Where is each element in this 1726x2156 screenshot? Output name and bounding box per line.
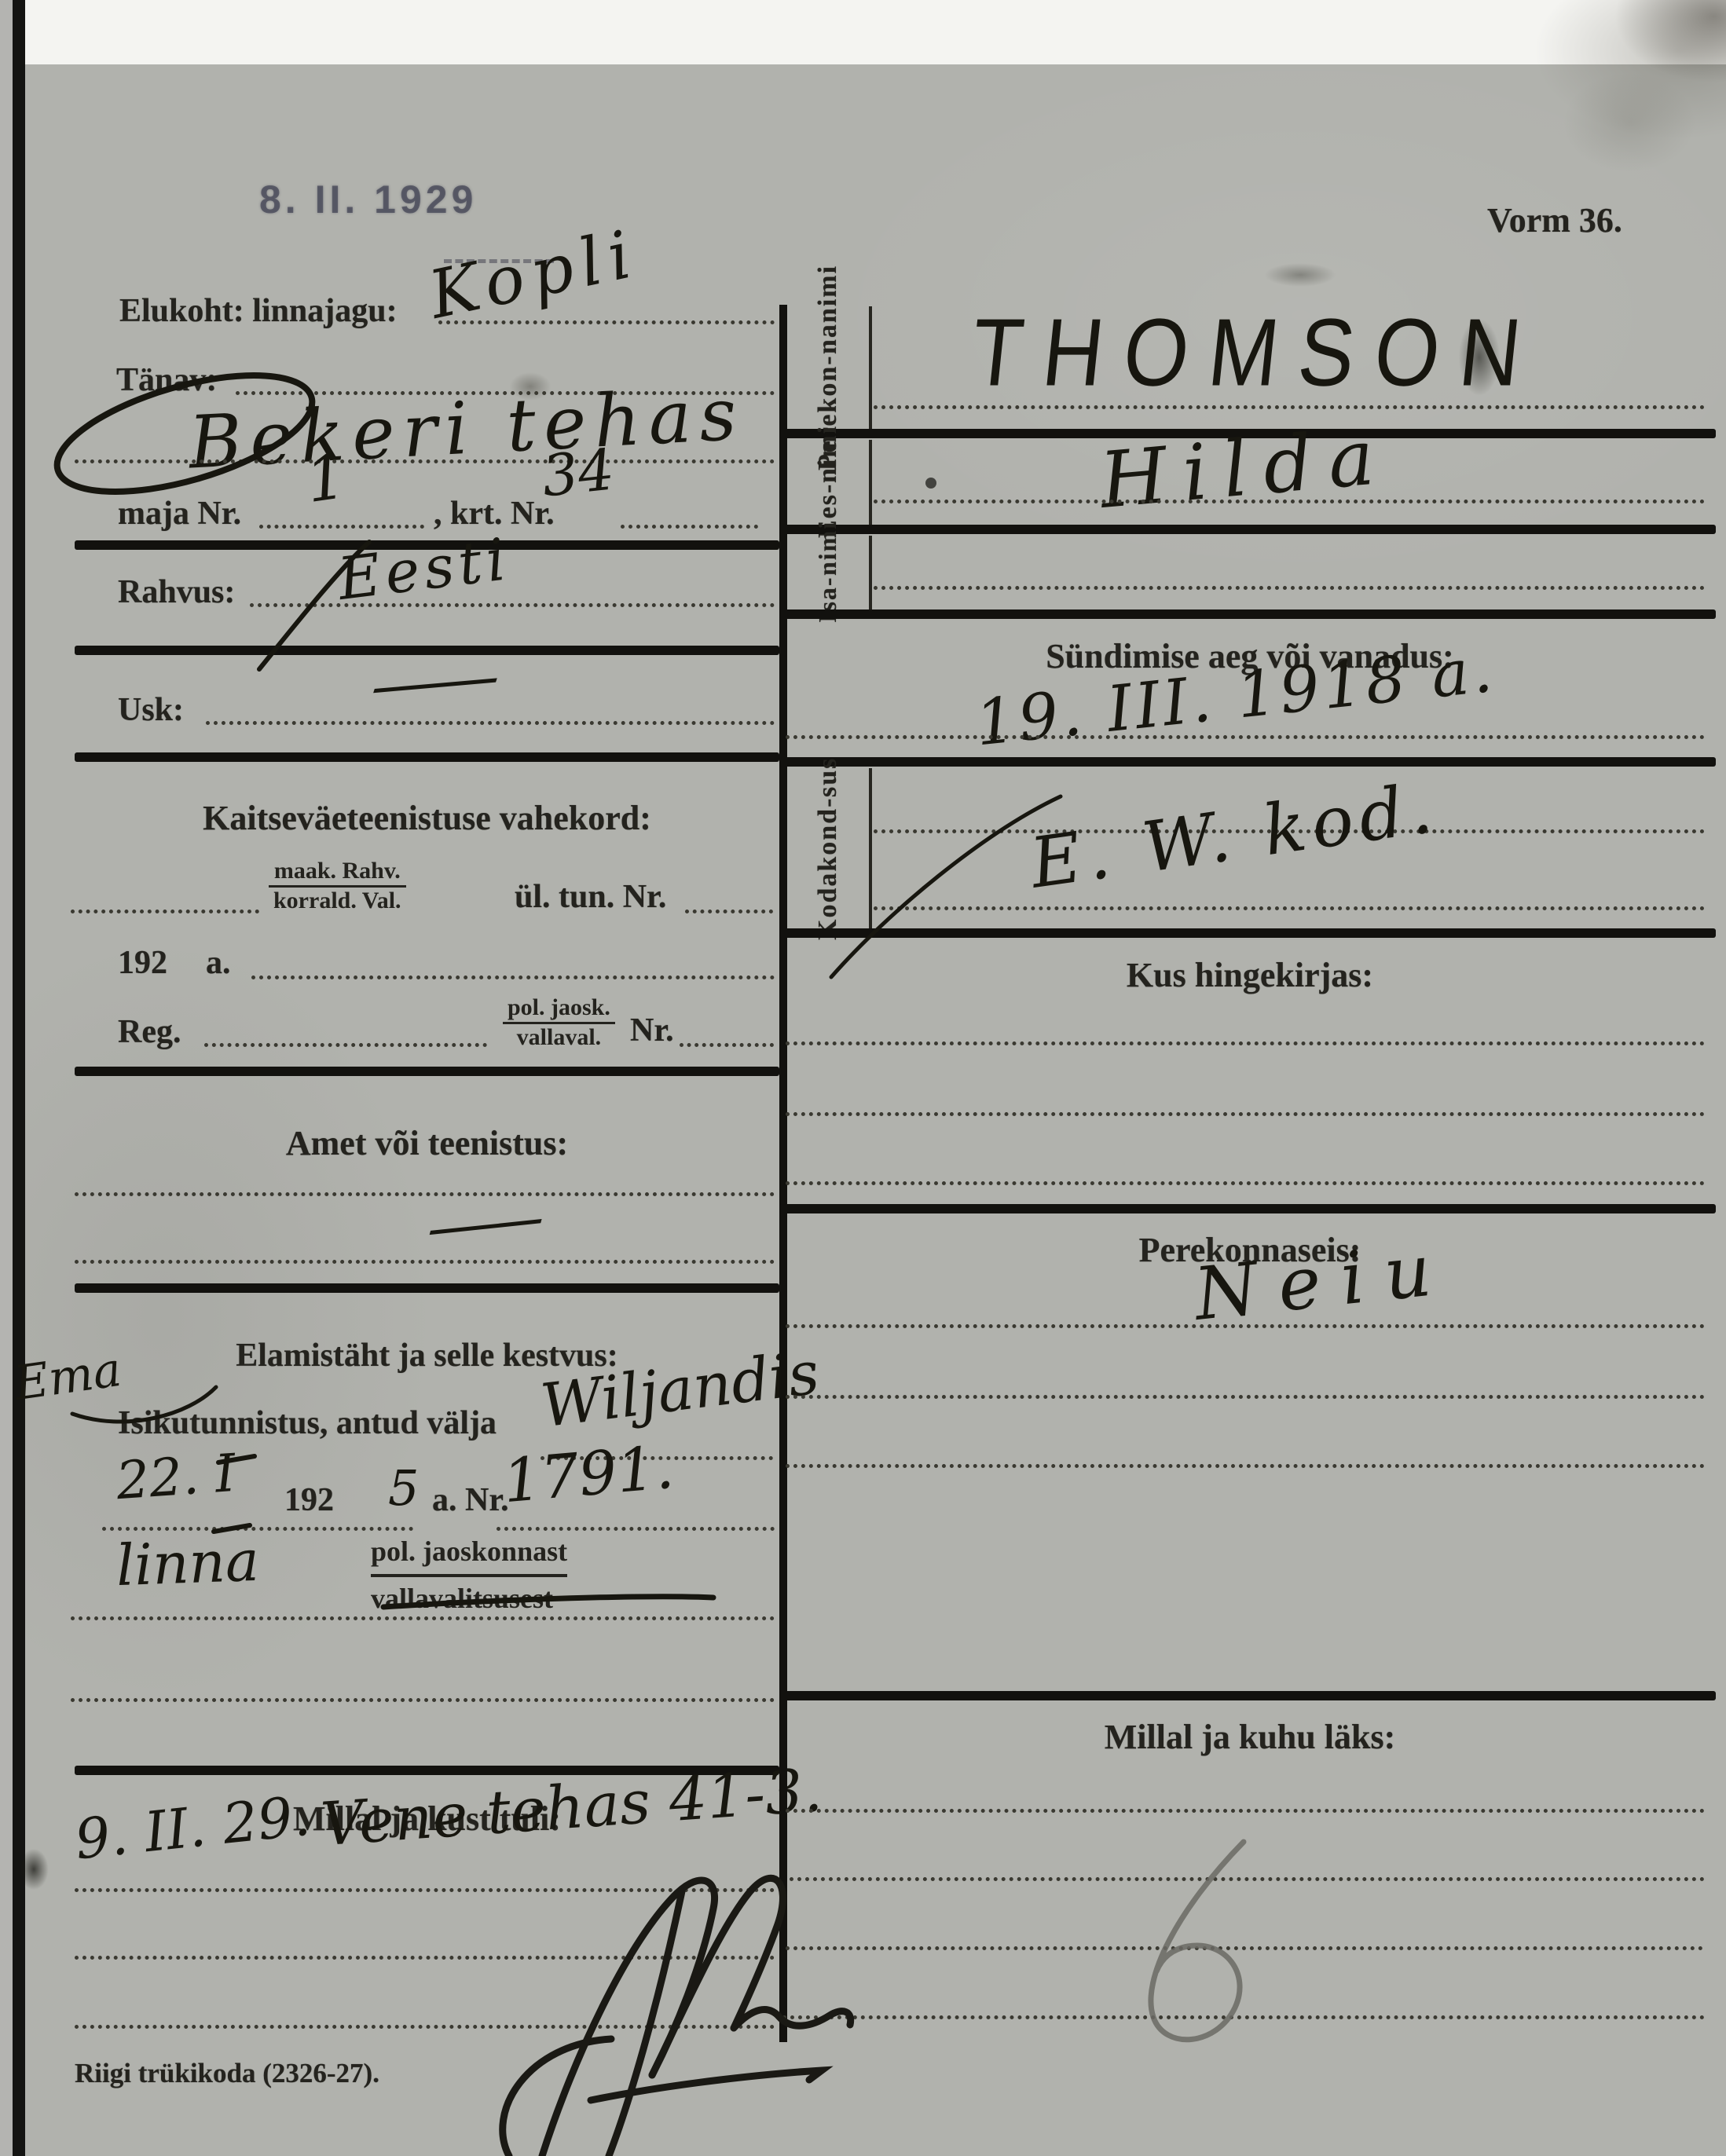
dotted-line — [790, 1877, 1705, 1881]
section-divider-bar — [779, 757, 1716, 767]
dotted-line — [75, 1956, 775, 1960]
scanned-registration-card: 8. II. 1929 Vorm 36. Elukoht: linnajagu:… — [0, 0, 1726, 2156]
dotted-line — [786, 1041, 1705, 1045]
dotted-line — [786, 1395, 1705, 1399]
dotted-line — [206, 721, 775, 725]
dotted-line — [251, 976, 775, 979]
dotted-line — [259, 525, 424, 529]
dotted-line — [250, 603, 775, 607]
certificate-number-label: ül. tun. Nr. — [515, 878, 666, 916]
dotted-line — [786, 1464, 1705, 1468]
occupation-heading: Amet või teenistus: — [75, 1123, 779, 1163]
issuer-parish-struck: vallavalitsusest — [371, 1577, 567, 1620]
dotted-line — [874, 586, 1705, 590]
printed-year: 192 — [284, 1481, 334, 1519]
dotted-line — [75, 1888, 775, 1892]
film-edge-black — [13, 0, 25, 2156]
scan-top-margin — [25, 0, 1726, 64]
dotted-line — [782, 2015, 1705, 2019]
section-divider-bar — [779, 1204, 1716, 1213]
dotted-line — [685, 910, 773, 913]
section-divider-bar — [779, 1691, 1716, 1700]
section-divider-bar — [75, 752, 779, 762]
label-strip-line — [869, 768, 872, 929]
dotted-line — [621, 525, 758, 529]
printer-footer: Riigi trükikoda (2326-27). — [75, 2058, 379, 2089]
fraction-top: pol. jaosk. — [503, 994, 615, 1024]
registry-label: Reg. — [118, 1013, 181, 1051]
identity-card-label: Isikutunnistus, antud välja — [118, 1404, 497, 1442]
issuer-options: pol. jaoskonnast vallavalitsusest — [371, 1530, 567, 1620]
surname-label: Perekon- nanimi — [787, 306, 869, 429]
section-divider-bar — [75, 1067, 779, 1076]
house-number-label: maja Nr. — [118, 495, 241, 533]
label-strip-line — [869, 536, 872, 609]
fraction-bottom: korrald. Val. — [269, 888, 406, 915]
year-a-label: a. — [206, 944, 231, 982]
dotted-line — [71, 1616, 775, 1620]
label-strip-line — [869, 306, 872, 430]
ink-blot — [14, 1842, 53, 1897]
departure-heading: Millal ja kuhu läks: — [782, 1717, 1717, 1757]
dotted-line — [874, 500, 1705, 503]
issuing-authority-fraction: maak. Rahv. korrald. Val. — [269, 858, 406, 914]
section-divider-bar — [779, 928, 1716, 938]
section-divider-bar — [75, 1283, 779, 1293]
surname-value: THOMSON — [966, 298, 1546, 408]
dotted-line — [71, 910, 259, 913]
issuer-police-district: pol. jaoskonnast — [371, 1530, 567, 1577]
year-label: 192 — [118, 944, 167, 982]
fraction-bottom: vallaval. — [503, 1024, 615, 1052]
citizenship-label: Kodakond- sus — [787, 768, 869, 929]
corner-stain — [1485, 0, 1726, 204]
dotted-line — [75, 1260, 775, 1264]
nationality-label: Rahvus: — [118, 573, 235, 611]
date-stamp: 8. II. 1929 — [259, 177, 477, 222]
parish-register-heading: Kus hingekirjas: — [782, 955, 1717, 995]
occupation-value: — — [420, 1181, 550, 1265]
dotted-line — [786, 1809, 1705, 1813]
dotted-line — [786, 1946, 1703, 1950]
religion-value: — — [365, 640, 505, 723]
father-name-label: Isa- nimi — [787, 534, 869, 609]
form-number: Vorm 36. — [1487, 200, 1622, 240]
dotted-line — [786, 1112, 1705, 1116]
label-strip-line — [869, 440, 872, 525]
military-service-heading: Kaitseväeteenistuse vahekord: — [75, 798, 779, 838]
written-year-digit: 5 — [388, 1459, 419, 1517]
street-label: Tänav: — [116, 361, 217, 399]
police-district-fraction: pol. jaosk. vallaval. — [503, 994, 615, 1051]
column-divider-line — [779, 305, 787, 2042]
firstname-label: Ees- nimi — [787, 438, 869, 525]
issuer-written-value: linna — [115, 1528, 261, 1598]
a-nr-label: a. Nr. — [432, 1481, 509, 1519]
dotted-line — [786, 1324, 1705, 1328]
ink-dot — [925, 478, 936, 489]
dotted-line — [874, 405, 1705, 409]
dotted-line — [786, 735, 1705, 739]
dotted-line — [680, 1043, 774, 1047]
religion-label: Usk: — [118, 691, 184, 729]
identity-card-number: 1791. — [500, 1432, 677, 1517]
residence-district-label: Elukoht: linnajagu: — [119, 292, 398, 330]
number-label: Nr. — [630, 1012, 674, 1049]
apartment-number-value: 34 — [539, 436, 617, 509]
section-divider-bar — [779, 525, 1716, 534]
film-edge-grey — [0, 0, 13, 2156]
dotted-line — [874, 906, 1705, 910]
dotted-line — [71, 1698, 775, 1702]
identity-card-date: 22. I — [114, 1443, 237, 1511]
ink-smudge — [1253, 259, 1347, 291]
section-divider-bar — [779, 609, 1716, 619]
dotted-line — [75, 459, 775, 463]
fraction-top: maak. Rahv. — [269, 858, 406, 888]
dotted-line — [786, 1181, 1705, 1185]
dotted-line — [204, 1043, 487, 1047]
dotted-line — [75, 2025, 775, 2029]
